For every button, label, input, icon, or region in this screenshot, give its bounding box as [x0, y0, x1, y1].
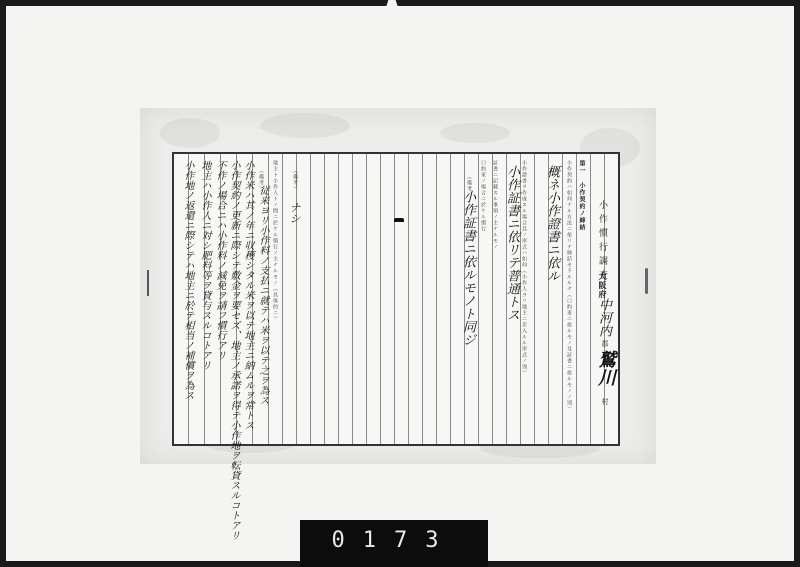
question-2: 小作證書ヲ作成スル場合其ノ形式ハ如何（小作人ヨリ地主ニ差入ルル形式ノ別）	[521, 160, 528, 376]
frame-number: 0173	[300, 528, 488, 553]
question-practices: 地主ト小作人トノ間ニ於ケル慣行ノ主ナルモノ（具体的ニ）	[272, 160, 279, 322]
question-3: 証書ニ記載スル事項ノ主ナルモノ	[492, 160, 499, 250]
question-sub-1: 口約束ノ場合ニ於ケル慣行	[480, 160, 487, 232]
practice-line-2: 小作米ハ其ノ年ニ収穫シタル米ヲ以テ地主ニ納ムルヲ常トス	[240, 160, 255, 430]
practice-line-4: 不作ノ場合ニハ小作料ノ減免ヲ請フ慣行アリ	[212, 160, 227, 360]
practice-line-3: 小作契約ノ更新ニ際シテ敷金ヲ要セズ、地主ノ承諾ヲ得テ小作地ヲ転貸スルコトアリ	[226, 160, 241, 540]
binding-tab	[394, 218, 404, 222]
district-label: 郡	[600, 340, 610, 348]
remark-label-2: （備考）	[292, 168, 299, 192]
prefecture-label: 大阪府	[598, 272, 609, 299]
frame-number-stamp: 0173	[300, 520, 488, 567]
district-handwritten: 中河内	[594, 298, 613, 337]
left-margin-mark	[147, 270, 149, 296]
answer-sub-1-handwritten: 小作証書ニ依ルモノト同ジ	[458, 190, 477, 346]
village-label: 村	[600, 398, 610, 406]
answer-sub-2-handwritten: ナシ	[286, 202, 302, 224]
answer-1-handwritten: 概ネ小作證書ニ依ル	[542, 165, 561, 282]
practice-line-5: 地主ハ小作人ニ対シ肥料等ヲ貸与スルコトアリ	[197, 160, 212, 370]
right-margin-mark	[645, 268, 648, 294]
village-handwritten: 鷲川	[592, 350, 618, 386]
section-heading: 第一 小作契約ノ締結	[577, 160, 586, 231]
question-1: 小作契約ハ如何ナル方法ニ依リテ締結セラルルヤ（口約束ニ依ルモノ及証書ニ依ルモノノ…	[566, 160, 573, 412]
answer-2-handwritten: 小作証書ニ依リテ普通トス	[502, 165, 521, 321]
practice-line-6: 小作地ノ返還ニ際シテハ地主ニ於テ相当ノ補償ヲ為ス	[180, 160, 195, 400]
practice-line-1: 従来ヨリ小作料ノ支払ニ就テハ米ヲ以テ之ヲ為ス	[255, 185, 270, 405]
